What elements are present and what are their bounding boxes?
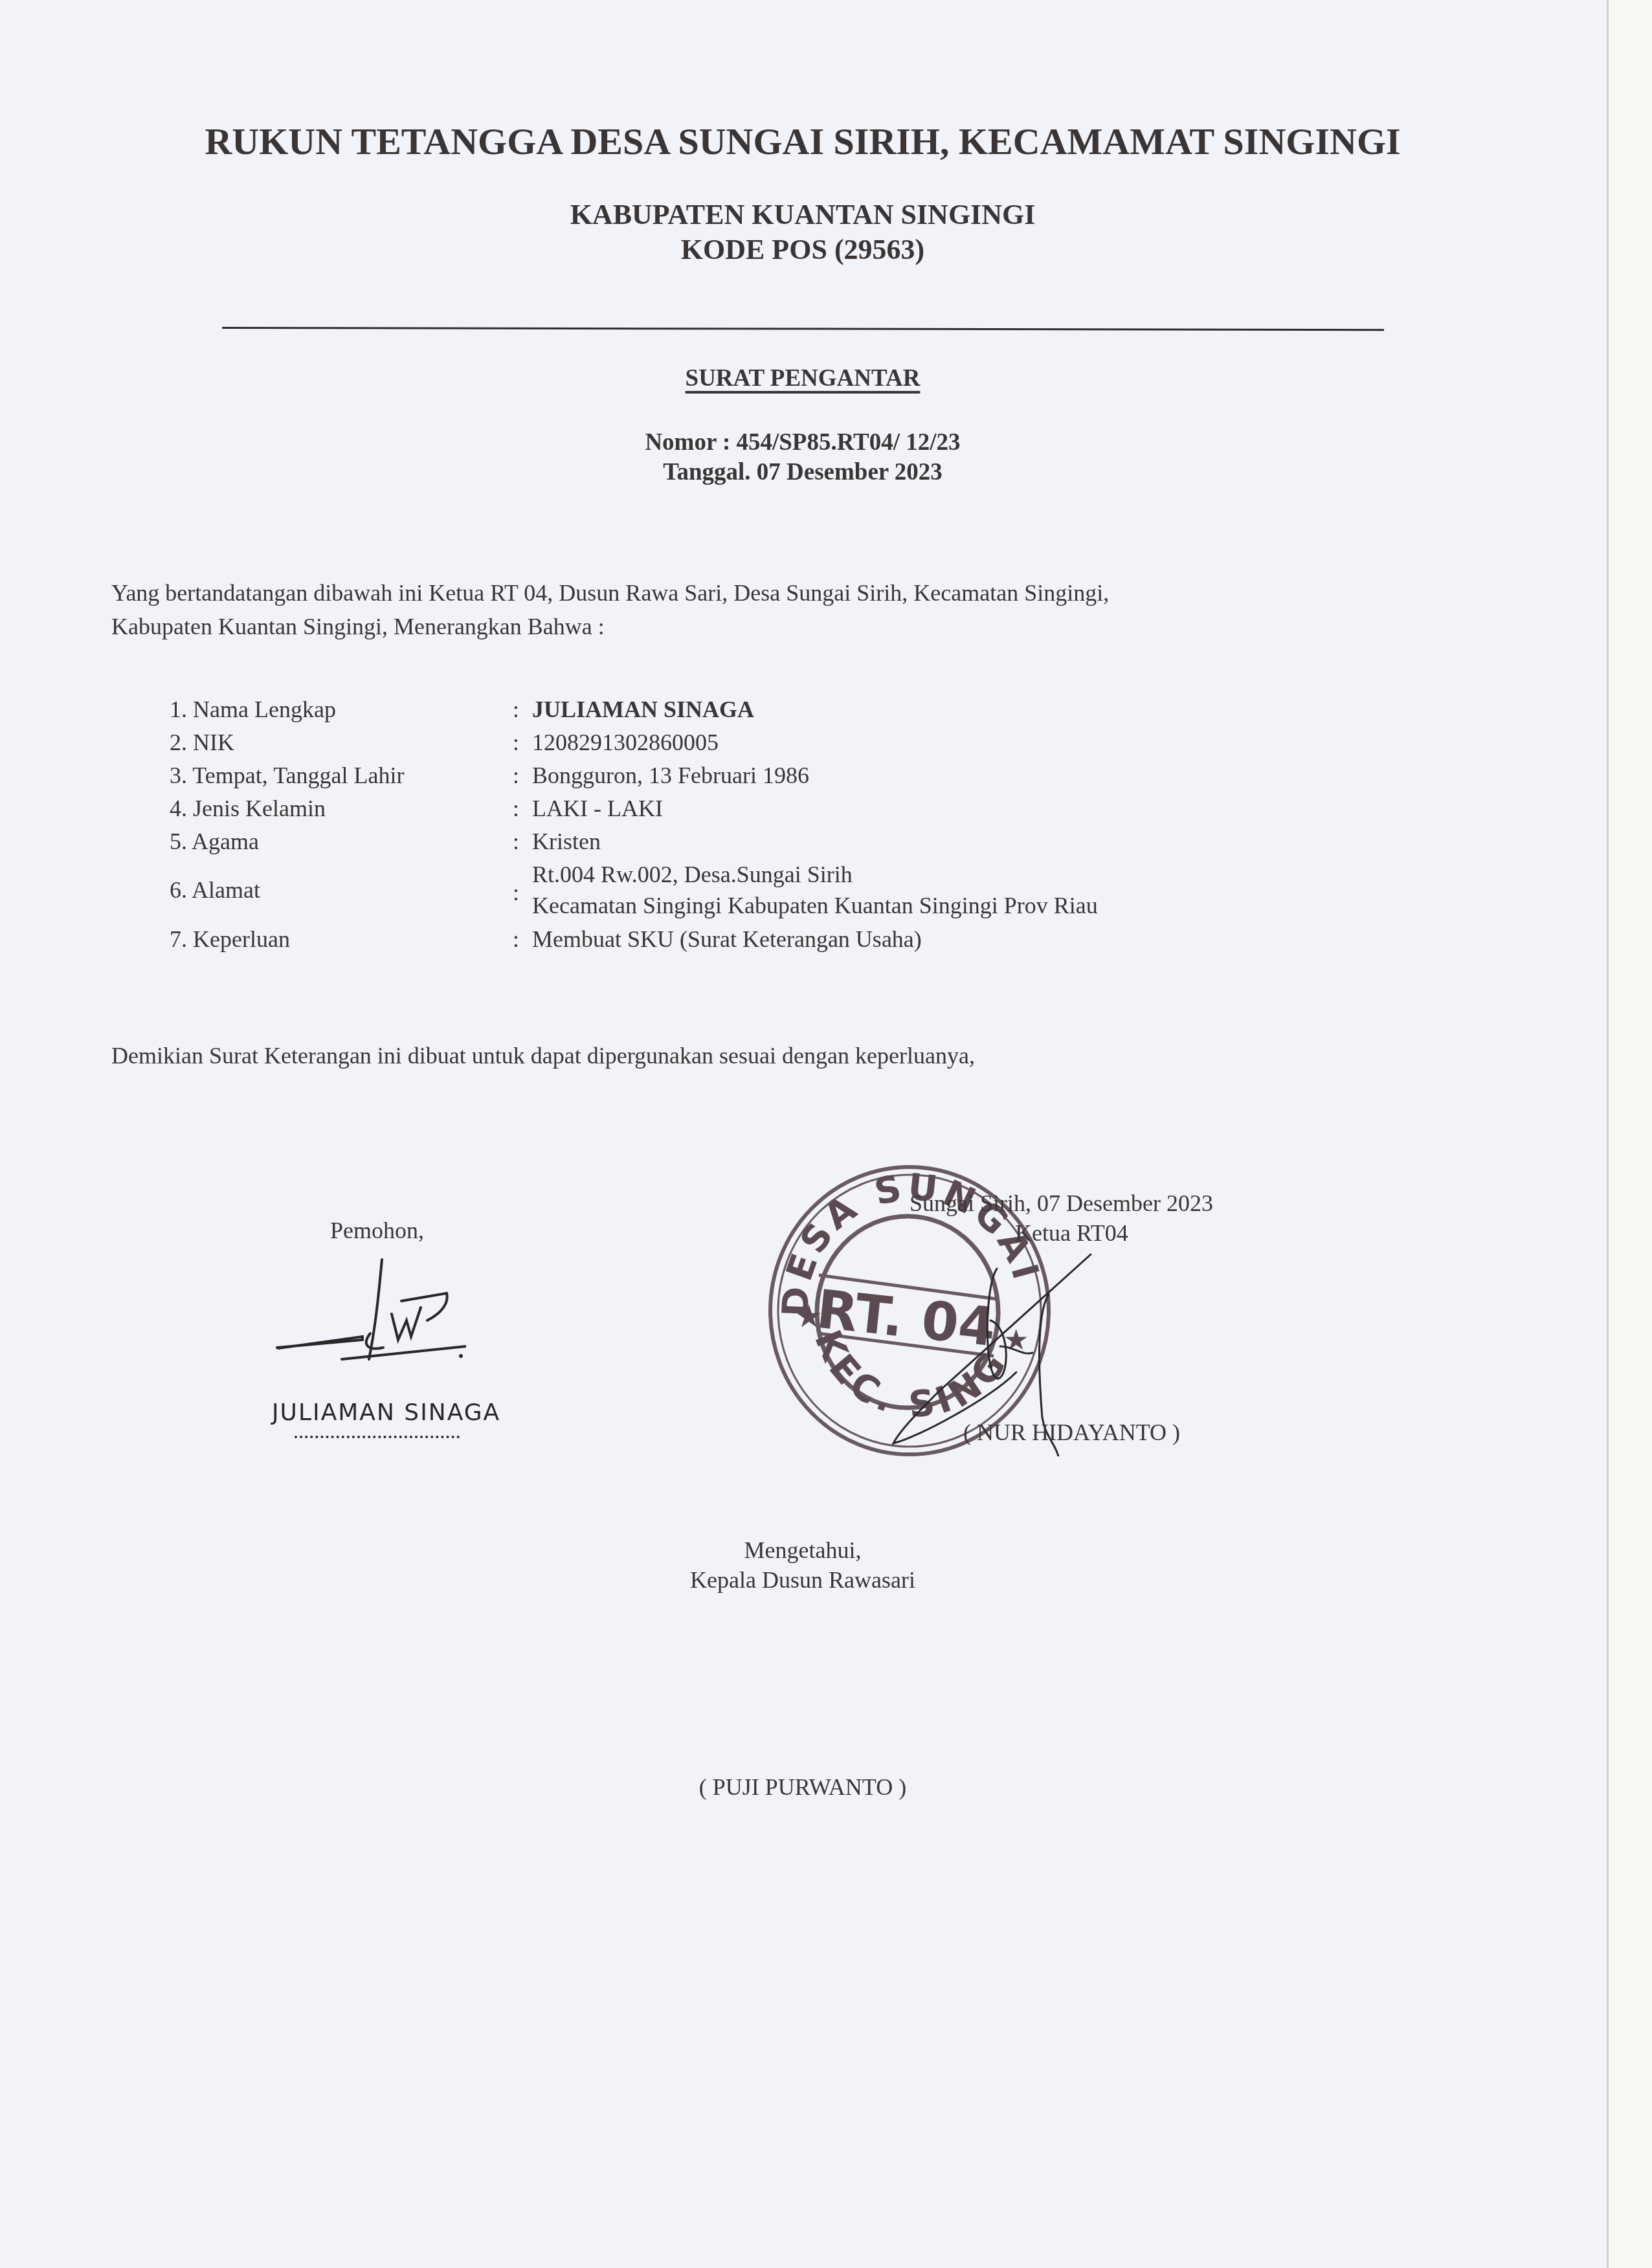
field-value-nik: 1208291302860005 bbox=[532, 729, 719, 756]
field-value-address-2: Kecamatan Singingi Kabupaten Kuantan Sin… bbox=[532, 892, 1098, 919]
field-value-name: JULIAMAN SINAGA bbox=[532, 696, 754, 723]
field-label: 2. NIK bbox=[170, 729, 234, 756]
letterhead-title: RUKUN TETANGGA DESA SUNGAI SIRIH, KECAMA… bbox=[0, 120, 1605, 163]
applicant-signature bbox=[272, 1256, 466, 1372]
header-divider bbox=[222, 327, 1384, 331]
closing-statement: Demikian Surat Keterangan ini dibuat unt… bbox=[111, 1039, 975, 1073]
field-colon: : bbox=[513, 696, 519, 723]
field-colon: : bbox=[513, 926, 519, 953]
field-value-purpose: Membuat SKU (Surat Keterangan Usaha) bbox=[532, 926, 922, 953]
field-value-gender: LAKI - LAKI bbox=[532, 795, 663, 822]
document-date: Tanggal. 07 Desember 2023 bbox=[0, 458, 1605, 486]
field-colon: : bbox=[513, 879, 519, 906]
field-label: 7. Keperluan bbox=[170, 926, 290, 953]
field-label: 5. Agama bbox=[170, 828, 259, 855]
field-label: 1. Nama Lengkap bbox=[170, 696, 336, 723]
field-value-birth: Bongguron, 13 Februari 1986 bbox=[532, 762, 809, 789]
field-label: 3. Tempat, Tanggal Lahir bbox=[170, 762, 405, 789]
acknowledger-label: Mengetahui, bbox=[647, 1537, 958, 1564]
rt-head-place-date: Sungai Sirih, 07 Desember 2023 bbox=[910, 1190, 1213, 1217]
field-value-address-1: Rt.004 Rw.002, Desa.Sungai Sirih bbox=[532, 861, 853, 888]
acknowledger-name: ( PUJI PURWANTO ) bbox=[647, 1773, 958, 1801]
letterhead-regency: KABUPATEN KUANTAN SINGINGI bbox=[0, 198, 1605, 231]
intro-line-1: Yang bertandatangan dibawah ini Ketua RT… bbox=[111, 576, 1109, 610]
star-icon: ★ bbox=[795, 1300, 823, 1334]
field-label: 6. Alamat bbox=[170, 876, 260, 904]
letterhead-postcode: KODE POS (29563) bbox=[0, 233, 1605, 266]
applicant-handwritten-name: JULIAMAN SINAGA bbox=[272, 1399, 486, 1426]
field-colon: : bbox=[513, 828, 519, 855]
field-colon: : bbox=[513, 729, 519, 756]
rt-head-role: Ketua RT04 bbox=[1015, 1219, 1128, 1247]
field-label: 4. Jenis Kelamin bbox=[170, 795, 326, 822]
rt-head-name: ( NUR HIDAYANTO ) bbox=[963, 1419, 1180, 1446]
intro-line-2: Kabupaten Kuantan Singingi, Menerangkan … bbox=[111, 610, 605, 643]
acknowledger-role: Kepala Dusun Rawasari bbox=[647, 1566, 958, 1594]
scan-edge bbox=[1607, 0, 1652, 2268]
field-value-religion: Kristen bbox=[532, 828, 601, 855]
field-colon: : bbox=[513, 795, 519, 822]
applicant-role: Pemohon, bbox=[330, 1217, 424, 1244]
applicant-name-line bbox=[295, 1436, 460, 1438]
field-colon: : bbox=[513, 762, 519, 789]
document-title: SURAT PENGANTAR bbox=[0, 364, 1605, 392]
document-number: Nomor : 454/SP85.RT04/ 12/23 bbox=[0, 428, 1605, 456]
